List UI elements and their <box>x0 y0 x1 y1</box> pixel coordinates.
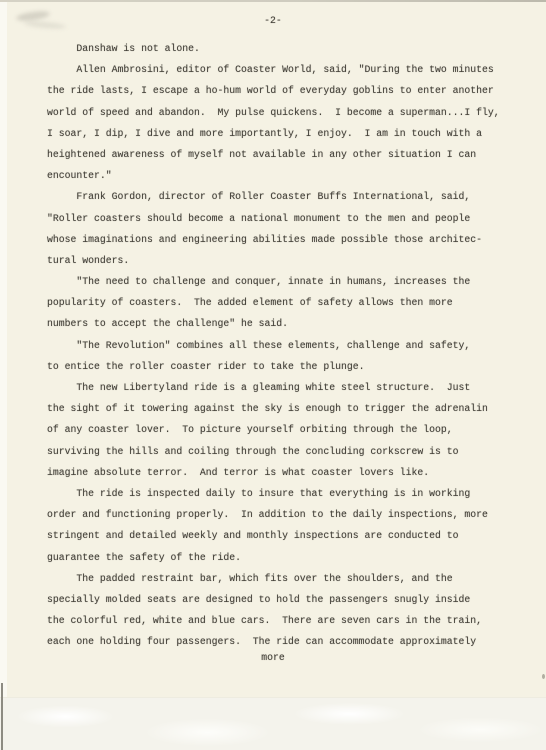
text-line: whose imaginations and engineering abili… <box>47 229 517 250</box>
text-line: The padded restraint bar, which fits ove… <box>47 568 517 589</box>
scan-top-edge <box>0 0 546 2</box>
text-line: encounter." <box>47 165 517 186</box>
continuation-marker: more <box>0 652 546 673</box>
text-line: Frank Gordon, director of Roller Coaster… <box>47 186 517 207</box>
text-line: the colorful red, white and blue cars. T… <box>47 610 517 631</box>
page-number: -2- <box>0 15 546 36</box>
document-body: Danshaw is not alone. Allen Ambrosini, e… <box>47 38 517 652</box>
text-line: to entice the roller coaster rider to ta… <box>47 356 517 377</box>
text-line: "Roller coasters should become a nationa… <box>47 208 517 229</box>
scanned-page: { "style": { "paper_color": "#f5f2e4", "… <box>0 0 546 750</box>
text-line: "The Revolution" combines all these elem… <box>47 335 517 356</box>
scan-left-edge <box>0 2 7 698</box>
text-line: Allen Ambrosini, editor of Coaster World… <box>47 59 517 80</box>
text-line: Danshaw is not alone. <box>47 38 517 59</box>
text-line: popularity of coasters. The added elemen… <box>47 292 517 313</box>
text-line: guarantee the safety of the ride. <box>47 547 517 568</box>
text-line: the sight of it towering against the sky… <box>47 398 517 419</box>
text-line: I soar, I dip, I dive and more important… <box>47 123 517 144</box>
text-line: tural wonders. <box>47 250 517 271</box>
text-line: numbers to accept the challenge" he said… <box>47 313 517 334</box>
text-line: stringent and detailed weekly and monthl… <box>47 525 517 546</box>
text-line: the ride lasts, I escape a ho-hum world … <box>47 80 517 101</box>
text-line: "The need to challenge and conquer, inna… <box>47 271 517 292</box>
text-line: specially molded seats are designed to h… <box>47 589 517 610</box>
text-line: surviving the hills and coiling through … <box>47 441 517 462</box>
scan-speck <box>542 674 545 679</box>
text-line: The ride is inspected daily to insure th… <box>47 483 517 504</box>
text-line: The new Libertyland ride is a gleaming w… <box>47 377 517 398</box>
text-line: each one holding four passengers. The ri… <box>47 631 517 652</box>
page-bottom-left-edge <box>1 683 3 750</box>
text-line: of any coaster lover. To picture yoursel… <box>47 419 517 440</box>
text-line: imagine absolute terror. And terror is w… <box>47 462 517 483</box>
text-line: world of speed and abandon. My pulse qui… <box>47 102 517 123</box>
scan-bed-background <box>0 697 546 750</box>
text-line: order and functioning properly. In addit… <box>47 504 517 525</box>
text-line: heightened awareness of myself not avail… <box>47 144 517 165</box>
